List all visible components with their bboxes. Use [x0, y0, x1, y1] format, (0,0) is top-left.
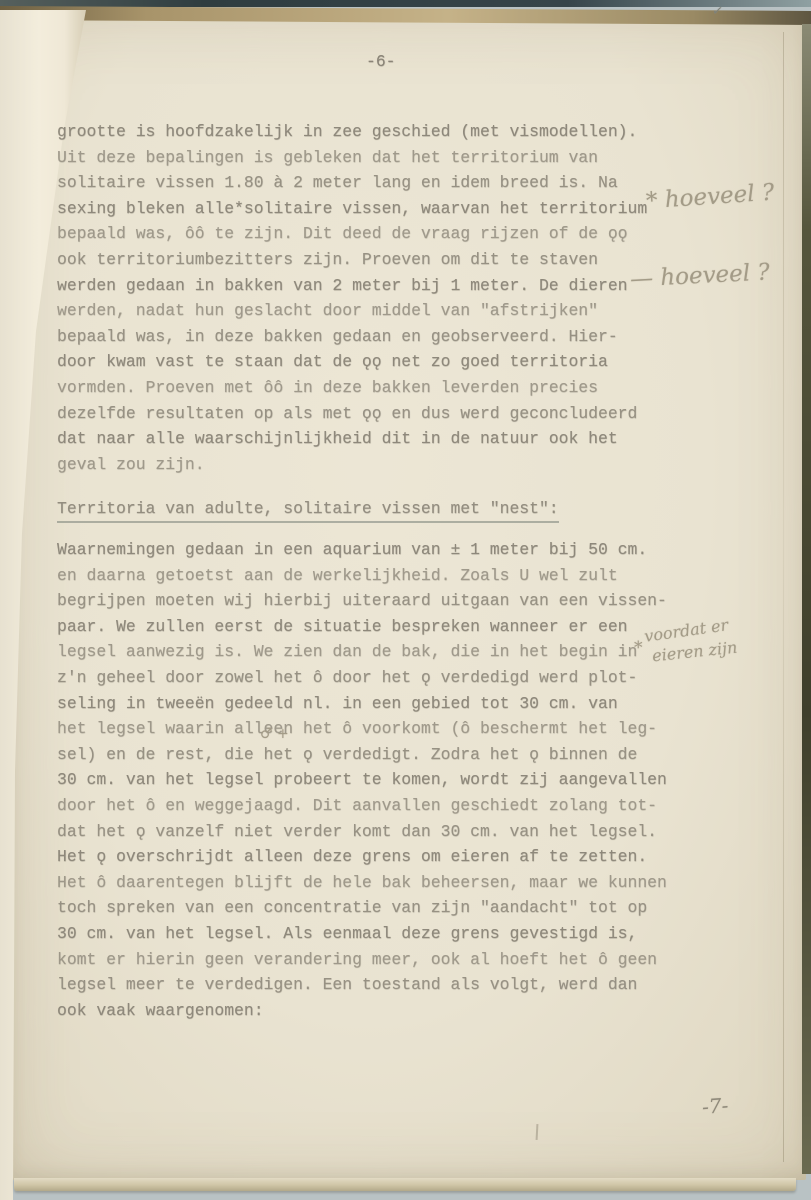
inserted-male-symbol-note: ♂ + — [260, 726, 289, 742]
text-line: Waarnemingen gedaan in een aquarium van … — [57, 537, 667, 563]
page-crease — [783, 32, 784, 1162]
page-number-header: -6- — [366, 52, 396, 71]
text-line: ook vaak waargenomen: — [57, 998, 667, 1024]
section-heading-text: Territoria van adulte, solitaire vissen … — [57, 499, 559, 523]
text-line: solitaire vissen 1.80 à 2 meter lang en … — [57, 170, 647, 196]
page-stack-edge-bottom — [14, 1178, 796, 1191]
checkmark-mark: ✓ — [711, 3, 724, 19]
text-line: sexing bleken alle*solitaire vissen, waa… — [57, 196, 647, 222]
text-line: bepaald was, ôô te zijn. Dit deed de vra… — [57, 221, 647, 247]
text-line: begrijpen moeten wij hierbij uiteraard u… — [57, 588, 667, 614]
text-line: Uit deze bepalingen is gebleken dat het … — [57, 145, 647, 171]
text-line: dat naar alle waarschijnlijkheid dit in … — [57, 426, 647, 452]
text-line: dezelfde resultaten op als met ǫǫ en dus… — [57, 401, 647, 427]
text-line: door kwam vast te staan dat de ǫǫ net zo… — [57, 349, 647, 375]
text-line: Het ô daarentegen blijft de hele bak beh… — [57, 870, 667, 896]
section-heading: Territoria van adulte, solitaire vissen … — [57, 499, 559, 523]
text-line: geval zou zijn. — [57, 452, 647, 478]
text-line: bepaald was, in deze bakken gedaan en ge… — [57, 324, 647, 350]
text-line: sel) en de rest, die het ǫ verdedigt. Zo… — [57, 742, 667, 768]
text-line: toch spreken van een concentratie van zi… — [57, 895, 667, 921]
text-line: het legsel waarin alleen het ô voorkomt … — [57, 716, 667, 742]
text-line: 30 cm. van het legsel probeert te komen,… — [57, 767, 667, 793]
paragraph-2: Waarnemingen gedaan in een aquarium van … — [57, 537, 667, 1023]
text-line: 30 cm. van het legsel. Als eenmaal deze … — [57, 921, 667, 947]
text-line: grootte is hoofdzakelijk in zee geschied… — [57, 119, 647, 145]
text-line: vormden. Proeven met ôô in deze bakken l… — [57, 375, 647, 401]
page-number-footer: -7- — [701, 1093, 729, 1119]
text-line: legsel meer te verdedigen. Een toestand … — [57, 972, 667, 998]
text-line: legsel aanwezig is. We zien dan de bak, … — [57, 639, 667, 665]
paragraph-1: grootte is hoofdzakelijk in zee geschied… — [57, 119, 647, 477]
text-line: paar. We zullen eerst de situatie bespre… — [57, 614, 667, 640]
text-line: dat het ǫ vanzelf niet verder komt dan 3… — [57, 819, 667, 845]
text-line: werden gedaan in bakken van 2 meter bij … — [57, 273, 647, 299]
text-line: komt er hierin geen verandering meer, oo… — [57, 947, 667, 973]
inserted-asterisk-mark: * — [634, 638, 643, 658]
text-line: en daarna getoetst aan de werkelijkheid.… — [57, 563, 667, 589]
scanned-book-page: -6- grootte is hoofdzakelijk in zee gesc… — [0, 0, 811, 1200]
text-line: werden, nadat hun geslacht door middel v… — [57, 298, 647, 324]
book-right-edge — [802, 24, 811, 1174]
text-line: ook territoriumbezitters zijn. Proeven o… — [57, 247, 647, 273]
text-line: door het ô en weggejaagd. Dit aanvallen … — [57, 793, 667, 819]
text-line: seling in tweeën gedeeld nl. in een gebi… — [57, 691, 667, 717]
text-line: Het ǫ overschrijdt alleen deze grens om … — [57, 844, 667, 870]
text-line: z'n geheel door zowel het ô door het ǫ v… — [57, 665, 667, 691]
